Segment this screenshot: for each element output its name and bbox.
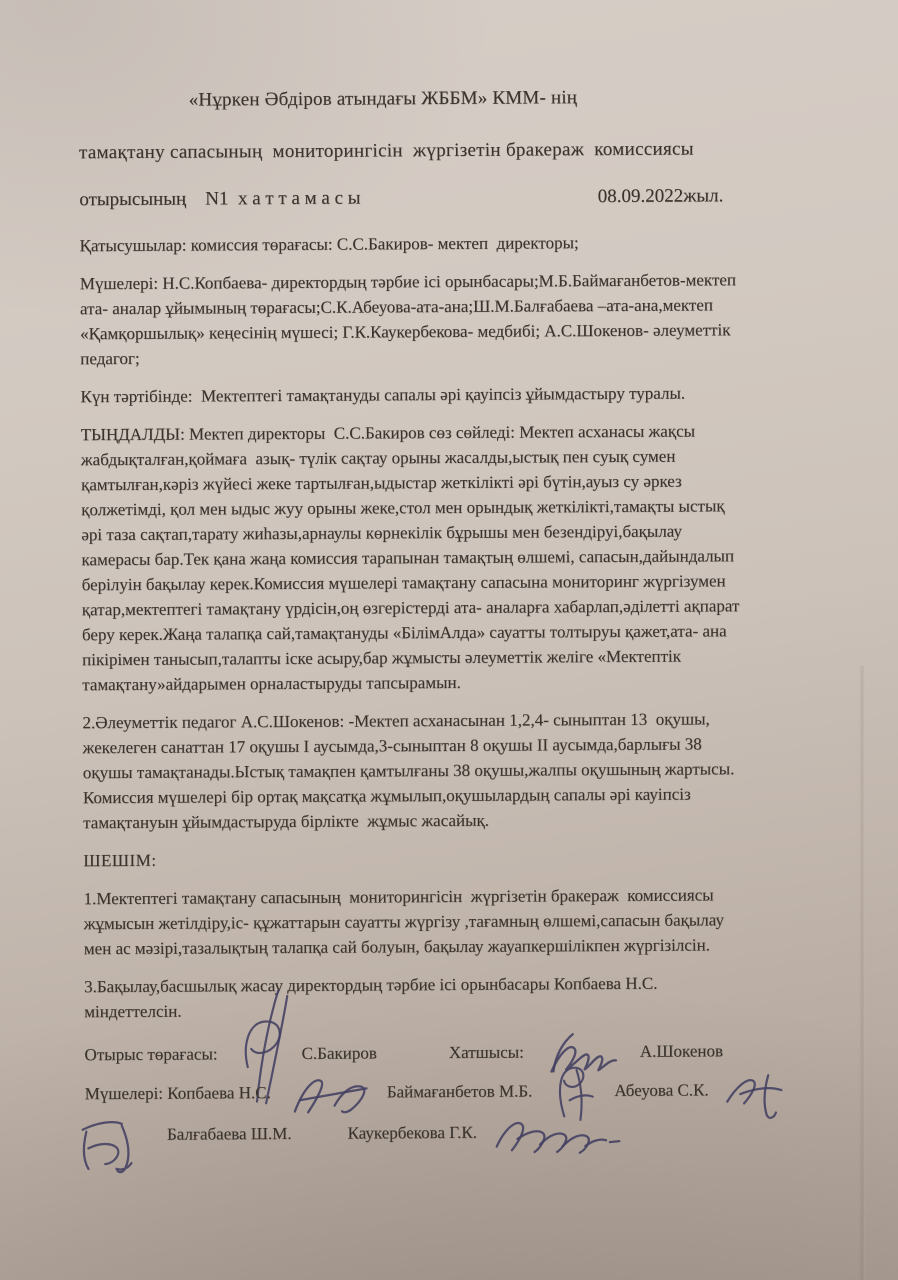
chair-name: С.Бакиров [301,1040,376,1065]
protocol-number: отырысының N1 х а т т а м а с ы [79,186,360,214]
balgabaeva-signature [73,1108,153,1178]
member2-name: Баймағанбетов М.Б. [387,1078,533,1104]
abeuova-signature [719,1063,791,1119]
speech-paragraph: 2.Әлеуметтік педагог А.С.Шокенов: -Мекте… [82,706,843,836]
scanned-protocol-photo: { "page": { "paper_top_color": "#d6cdc6"… [0,0,898,1280]
protocol-date: 08.09.2022жыл. [598,183,724,210]
member3-name: Абеуова С.К. [614,1077,708,1103]
protocol-document: «Нұркен Әбдіров атындағы ЖББМ» КММ- нің … [0,0,898,1280]
protocol-line: отырысының N1 х а т т а м а с ы 08.09.20… [79,183,839,214]
decision-item-1: 1.Мектептегі тамақтану сапасының монитор… [83,882,843,962]
member4-name: Балғабаева Ш.М. [167,1121,292,1147]
decision-item-3: 3.Бақылау,басшылық жасау директордың тәр… [84,970,844,1025]
heard-paragraph: ТЫҢДАЛДЫ: Мектеп директоры С.С.Бакиров с… [81,418,843,698]
kopbaeva-signature [281,1069,377,1122]
org-title: «Нұркен Әбдіров атындағы ЖББМ» КММ- нің [79,84,839,115]
decision-heading: ШЕШІМ: [83,844,843,874]
signature-row-members-2: Балғабаева Ш.М. Каукербекова Г.К. [73,1118,845,1148]
members-label: Мүшелері: Копбаева Н.С. [85,1080,271,1106]
members-paragraph: Мүшелері: Н.С.Копбаева- директордың тәрб… [80,267,841,372]
agenda-paragraph: Күн тәртібінде: Мектептегі тамақтануды с… [80,380,840,410]
secretary-label: Хатшысы: [449,1040,524,1065]
signature-row-members-1: Мүшелері: Копбаева Н.С. Баймағанбетов М.… [85,1077,845,1107]
member5-name: Каукербекова Г.К. [347,1120,477,1146]
commission-subtitle: тамақтану сапасының мониторингісін жүргі… [79,136,839,167]
participants-paragraph: Қатысушылар: комиссия төрағасы: С.С.Баки… [80,229,840,259]
secretary-name: А.Шокенов [640,1038,723,1064]
signature-row-chair: Отырыс төрағасы: С.Бакиров Хатшысы: А.Шо… [84,1038,844,1068]
kaukerbekova-signature [491,1109,623,1162]
chair-label: Отырыс төрағасы: [84,1041,217,1067]
